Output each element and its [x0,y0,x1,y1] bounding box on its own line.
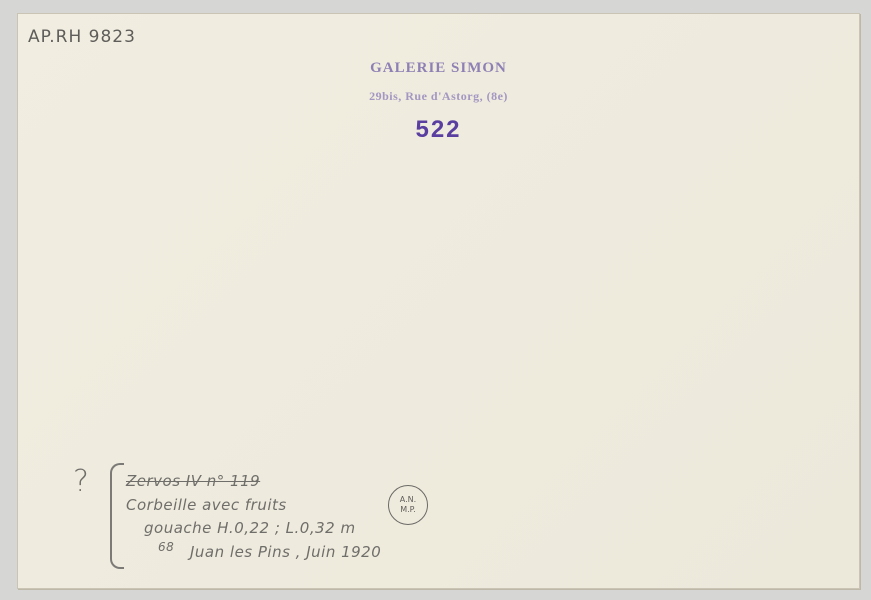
gallery-stamp-name: GALERIE SIMON [18,60,859,77]
gallery-stamp-address: 29bis, Rue d'Astorg, (8e) [18,89,859,104]
archive-seal-icon: A.N. M.P. [388,485,428,525]
seal-line-1: A.N. [400,495,416,505]
struck-catalogue-reference: Zervos IV n° 119 [126,472,260,490]
artwork-title: Corbeille avec fruits [126,496,287,514]
seal-line-2: M.P. [400,505,416,515]
bracket-mark [110,463,124,569]
gallery-stamp-number: 522 [18,116,859,144]
archive-reference: AP.RH 9823 [28,27,136,47]
document-card: AP.RH 9823 GALERIE SIMON 29bis, Rue d'As… [17,13,860,589]
question-mark: ? [73,464,89,499]
annotation-prefix: 68 [158,540,174,554]
medium-dimensions: gouache H.0,22 ; L.0,32 m [144,519,356,537]
place-date: Juan les Pins , Juin 1920 [190,543,381,561]
